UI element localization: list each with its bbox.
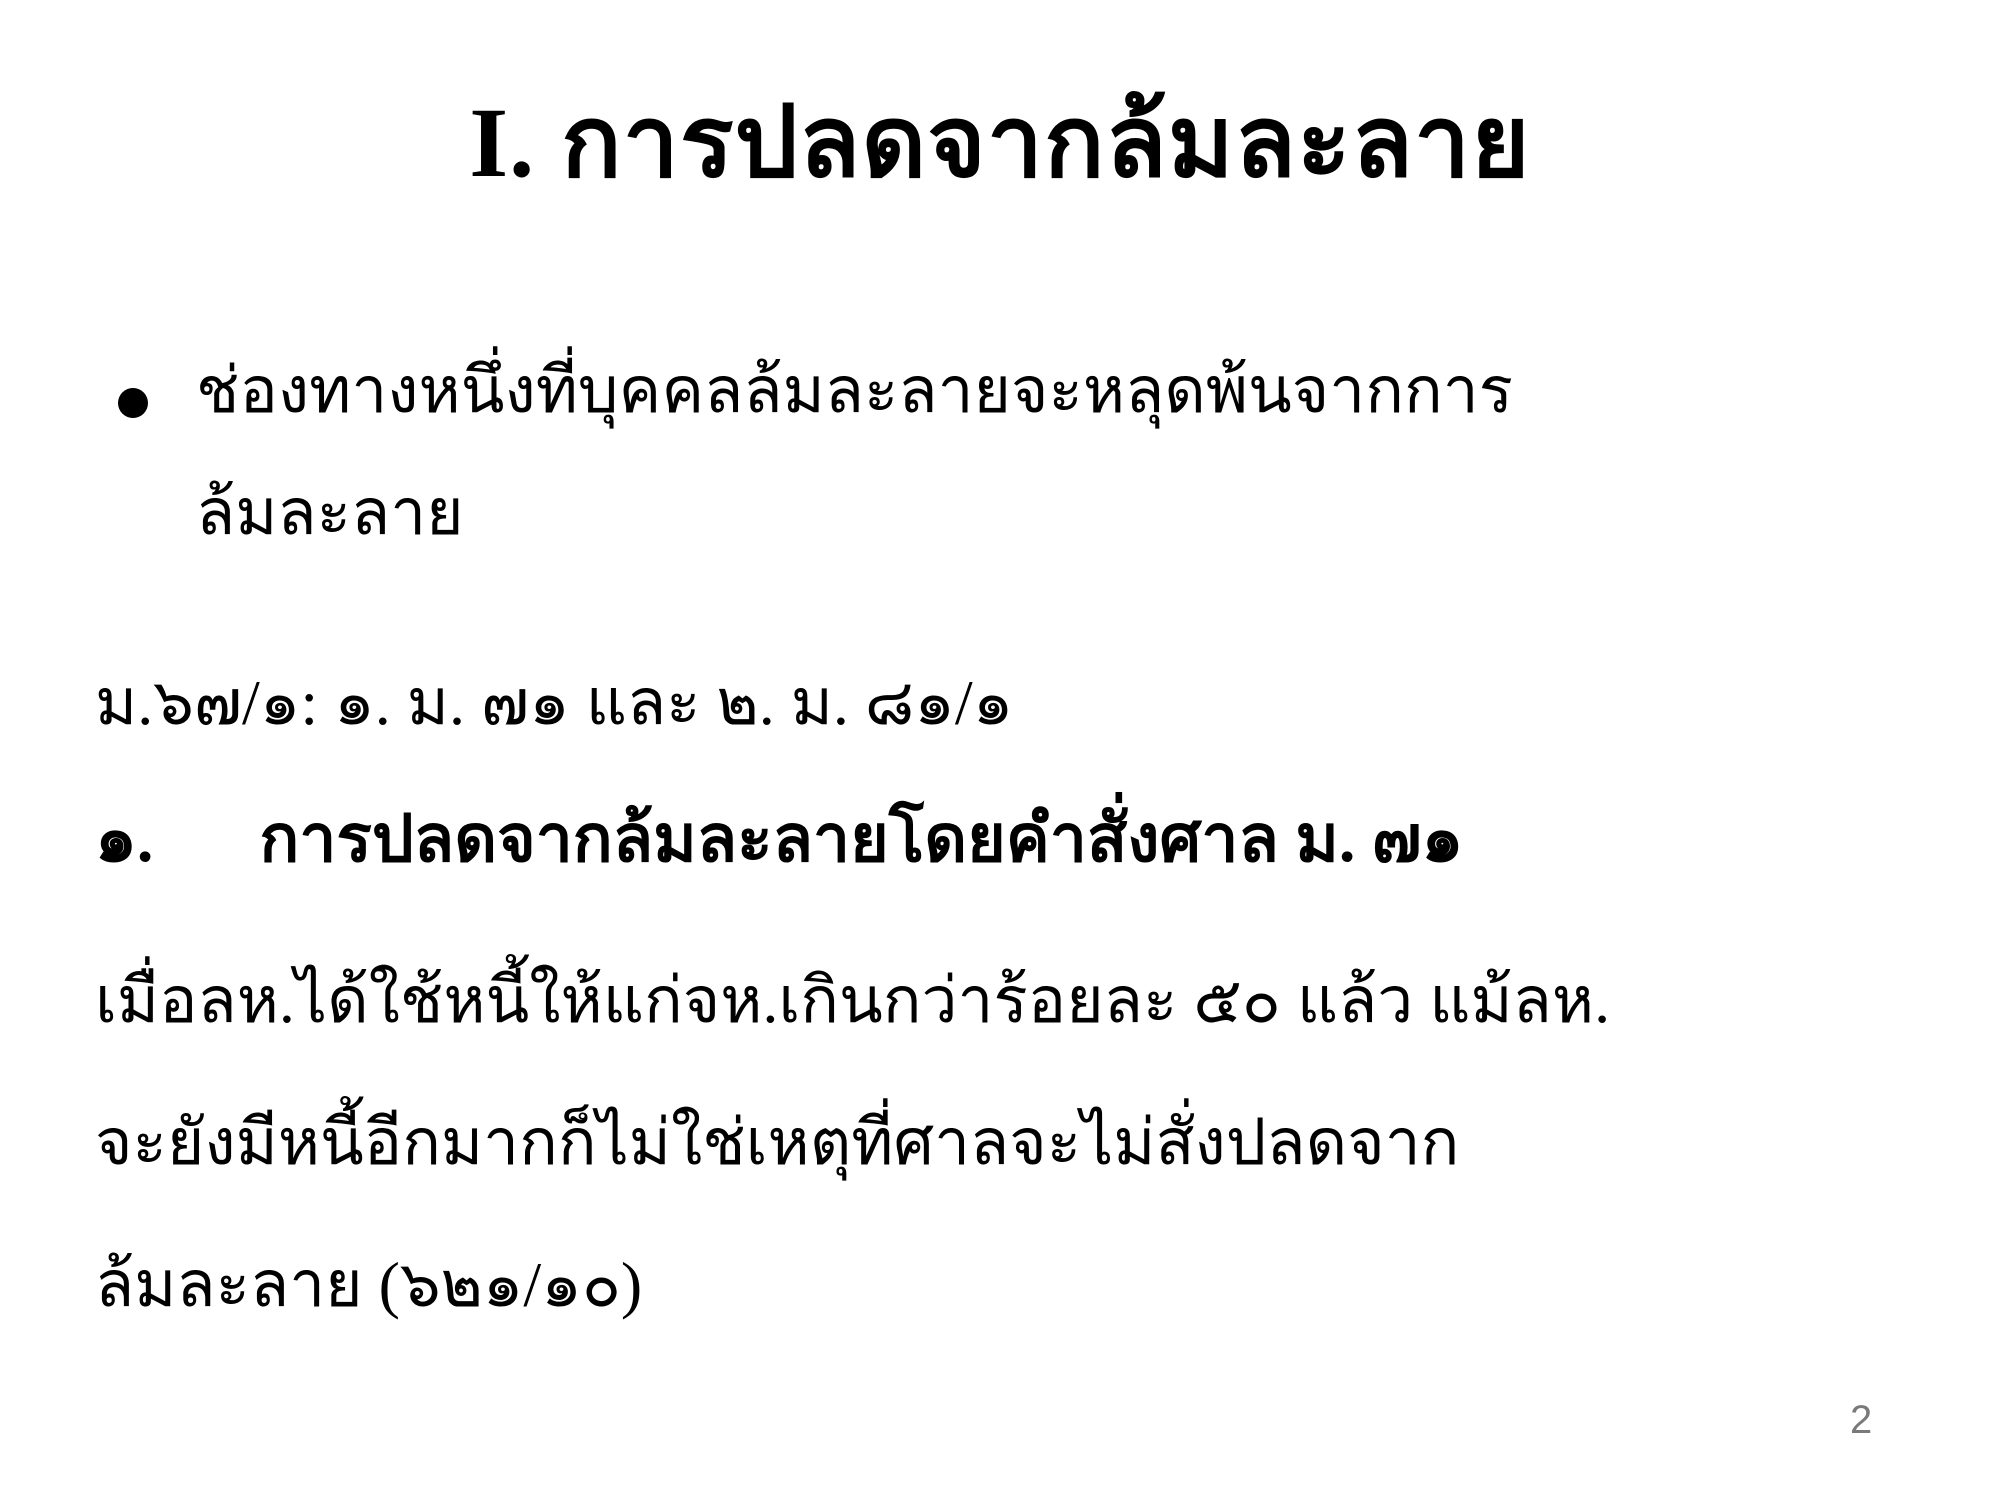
section-title: การปลดจากล้มละลายโดยคำสั่งศาล ม. ๗๑ (259, 803, 1463, 876)
bullet-dot-icon (118, 388, 148, 418)
section-number: ๑. (95, 803, 153, 876)
body-paragraph: เมื่อลห.ได้ใช้หนี้ให้แก่จห.เกินกว่าร้อยล… (95, 930, 1610, 1356)
bullet-line-1: ช่องทางหนึ่งที่บุคคลล้มละลายจะหลุดพ้นจาก… (196, 330, 1513, 452)
presentation-slide: I. การปลดจากล้มละลาย ช่องทางหนึ่งที่บุคค… (0, 0, 2000, 1500)
bullet-line-2: ล้มละลาย (196, 452, 1513, 574)
statute-reference: ม.๖๗/๑: ๑. ม. ๗๑ และ ๒. ม. ๘๑/๑ (95, 665, 1013, 742)
paragraph-line-2: จะยังมีหนี้อีกมากก็ไม่ใช่เหตุที่ศาลจะไม่… (95, 1072, 1610, 1214)
paragraph-line-1: เมื่อลห.ได้ใช้หนี้ให้แก่จห.เกินกว่าร้อยล… (95, 930, 1610, 1072)
bullet-item: ช่องทางหนึ่งที่บุคคลล้มละลายจะหลุดพ้นจาก… (118, 330, 1513, 574)
page-number: 2 (1850, 1398, 1872, 1443)
slide-title: I. การปลดจากล้มละลาย (0, 75, 2000, 210)
section-heading: ๑.การปลดจากล้มละลายโดยคำสั่งศาล ม. ๗๑ (95, 800, 1463, 879)
paragraph-line-3: ล้มละลาย (๖๒๑/๑๐) (95, 1214, 1610, 1356)
bullet-text: ช่องทางหนึ่งที่บุคคลล้มละลายจะหลุดพ้นจาก… (196, 330, 1513, 574)
